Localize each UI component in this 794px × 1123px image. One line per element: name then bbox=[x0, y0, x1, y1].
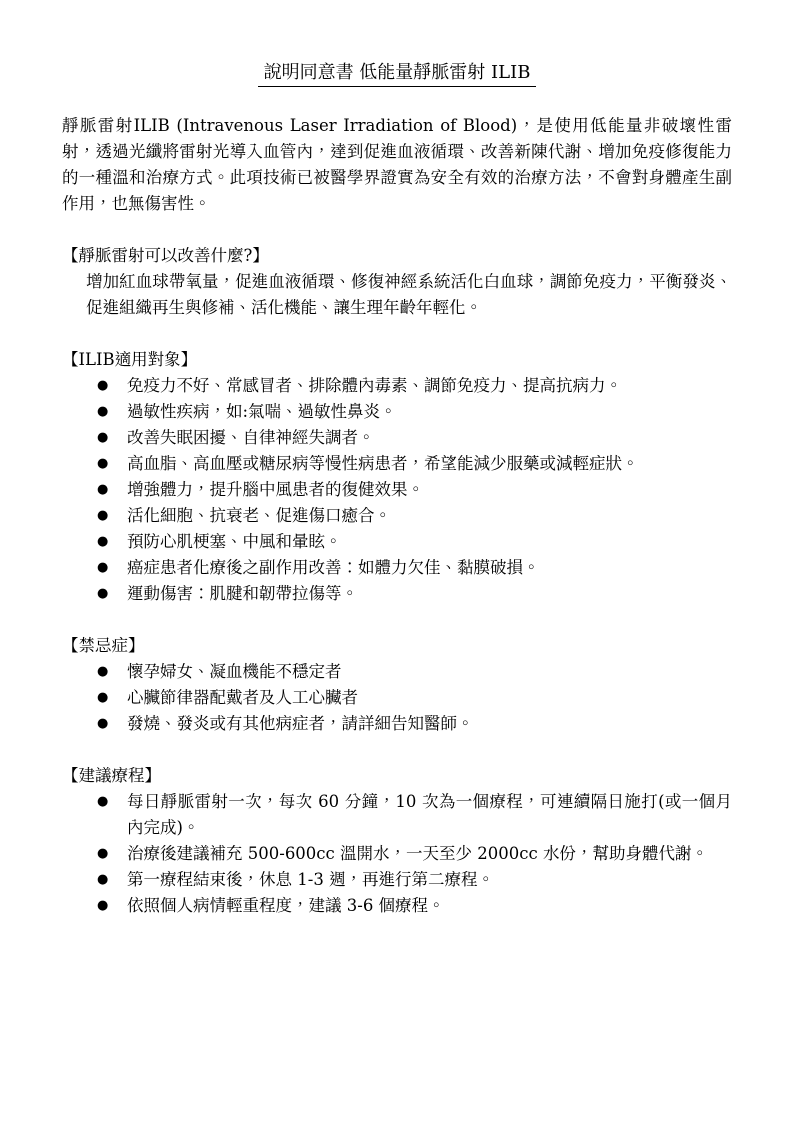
list-item: ●運動傷害：肌腱和韌帶拉傷等。 bbox=[62, 581, 732, 607]
list-item-text: 增強體力，提升腦中風患者的復健效果。 bbox=[127, 480, 424, 499]
list-item-text: 運動傷害：肌腱和韌帶拉傷等。 bbox=[127, 584, 358, 603]
intro-paragraph: 靜脈雷射ILIB (Intravenous Laser Irradiation … bbox=[62, 113, 732, 217]
section-recommended-course: 【建議療程】 ●每日靜脈雷射一次，每次 60 分鐘，10 次為一個療程，可連續隔… bbox=[62, 763, 732, 919]
list-item-text: 過敏性疾病，如:氣喘、過敏性鼻炎。 bbox=[127, 402, 397, 421]
list-item: ●過敏性疾病，如:氣喘、過敏性鼻炎。 bbox=[62, 399, 732, 425]
bullet-icon: ● bbox=[97, 893, 108, 919]
list-item: ●心臟節律器配戴者及人工心臟者 bbox=[62, 685, 732, 711]
page-title: 說明同意書 低能量靜脈雷射 ILIB bbox=[62, 60, 732, 86]
list-item-text: 懷孕婦女、凝血機能不穩定者 bbox=[127, 662, 342, 681]
bullet-icon: ● bbox=[97, 399, 108, 425]
list-item: ●懷孕婦女、凝血機能不穩定者 bbox=[62, 659, 732, 685]
list-item: ●第一療程結束後，休息 1-3 週，再進行第二療程。 bbox=[62, 867, 732, 893]
list-item-text: 免疫力不好、常感冒者、排除體內毒素、調節免疫力、提高抗病力。 bbox=[127, 376, 622, 395]
page-title-text: 說明同意書 低能量靜脈雷射 ILIB bbox=[258, 62, 537, 87]
bullet-icon: ● bbox=[97, 529, 108, 555]
list-item-text: 每日靜脈雷射一次，每次 60 分鐘，10 次為一個療程，可連續隔日施打(或一個月… bbox=[127, 792, 732, 837]
list-item: ●依照個人病情輕重程度，建議 3-6 個療程。 bbox=[62, 893, 732, 919]
section-contraindications: 【禁忌症】 ●懷孕婦女、凝血機能不穩定者 ●心臟節律器配戴者及人工心臟者 ●發燒… bbox=[62, 633, 732, 737]
section-body-text: 增加紅血球帶氧量，促進血液循環、修復神經系統活化白血球，調節免疫力，平衡發炎、促… bbox=[86, 269, 732, 321]
list-item-text: 發燒、發炎或有其他病症者，請詳細告知醫師。 bbox=[127, 714, 474, 733]
candidates-list: ●免疫力不好、常感冒者、排除體內毒素、調節免疫力、提高抗病力。 ●過敏性疾病，如… bbox=[62, 373, 732, 607]
list-item-text: 治療後建議補充 500-600cc 溫開水，一天至少 2000cc 水份，幫助身… bbox=[127, 844, 708, 863]
list-item: ●癌症患者化療後之副作用改善：如體力欠佳、黏膜破損。 bbox=[62, 555, 732, 581]
list-item: ●增強體力，提升腦中風患者的復健效果。 bbox=[62, 477, 732, 503]
section-ilib-candidates: 【ILIB適用對象】 ●免疫力不好、常感冒者、排除體內毒素、調節免疫力、提高抗病… bbox=[62, 347, 732, 607]
bullet-icon: ● bbox=[97, 841, 108, 867]
bullet-icon: ● bbox=[97, 659, 108, 685]
bullet-icon: ● bbox=[97, 685, 108, 711]
contraindications-list: ●懷孕婦女、凝血機能不穩定者 ●心臟節律器配戴者及人工心臟者 ●發燒、發炎或有其… bbox=[62, 659, 732, 737]
list-item-text: 依照個人病情輕重程度，建議 3-6 個療程。 bbox=[127, 896, 445, 915]
bullet-icon: ● bbox=[97, 425, 108, 451]
bullet-icon: ● bbox=[97, 555, 108, 581]
bullet-icon: ● bbox=[97, 581, 108, 607]
list-item-text: 改善失眠困擾、自律神經失調者。 bbox=[127, 428, 375, 447]
list-item-text: 活化細胞、抗衰老、促進傷口癒合。 bbox=[127, 506, 391, 525]
list-item: ●高血脂、高血壓或糖尿病等慢性病患者，希望能減少服藥或減輕症狀。 bbox=[62, 451, 732, 477]
list-item-text: 心臟節律器配戴者及人工心臟者 bbox=[127, 688, 358, 707]
list-item-text: 預防心肌梗塞、中風和暈眩。 bbox=[127, 532, 342, 551]
bullet-icon: ● bbox=[97, 789, 108, 815]
list-item-text: 癌症患者化療後之副作用改善：如體力欠佳、黏膜破損。 bbox=[127, 558, 540, 577]
list-item: ●免疫力不好、常感冒者、排除體內毒素、調節免疫力、提高抗病力。 bbox=[62, 373, 732, 399]
list-item: ●發燒、發炎或有其他病症者，請詳細告知醫師。 bbox=[62, 711, 732, 737]
course-list: ●每日靜脈雷射一次，每次 60 分鐘，10 次為一個療程，可連續隔日施打(或一個… bbox=[62, 789, 732, 919]
list-item-text: 高血脂、高血壓或糖尿病等慢性病患者，希望能減少服藥或減輕症狀。 bbox=[127, 454, 639, 473]
list-item: ●活化細胞、抗衰老、促進傷口癒合。 bbox=[62, 503, 732, 529]
consent-form-page: 說明同意書 低能量靜脈雷射 ILIB 靜脈雷射ILIB (Intravenous… bbox=[0, 0, 794, 1123]
list-item: ●改善失眠困擾、自律神經失調者。 bbox=[62, 425, 732, 451]
list-item-text: 第一療程結束後，休息 1-3 週，再進行第二療程。 bbox=[127, 870, 494, 889]
bullet-icon: ● bbox=[97, 477, 108, 503]
bullet-icon: ● bbox=[97, 503, 108, 529]
section-heading: 【建議療程】 bbox=[62, 763, 732, 789]
list-item: ●治療後建議補充 500-600cc 溫開水，一天至少 2000cc 水份，幫助… bbox=[62, 841, 732, 867]
section-heading: 【禁忌症】 bbox=[62, 633, 732, 659]
bullet-icon: ● bbox=[97, 373, 108, 399]
section-improvements: 【靜脈雷射可以改善什麼?】 增加紅血球帶氧量，促進血液循環、修復神經系統活化白血… bbox=[62, 243, 732, 321]
list-item: ●預防心肌梗塞、中風和暈眩。 bbox=[62, 529, 732, 555]
bullet-icon: ● bbox=[97, 711, 108, 737]
bullet-icon: ● bbox=[97, 451, 108, 477]
section-heading: 【靜脈雷射可以改善什麼?】 bbox=[62, 243, 732, 269]
bullet-icon: ● bbox=[97, 867, 108, 893]
section-heading: 【ILIB適用對象】 bbox=[62, 347, 732, 373]
list-item: ●每日靜脈雷射一次，每次 60 分鐘，10 次為一個療程，可連續隔日施打(或一個… bbox=[62, 789, 732, 841]
